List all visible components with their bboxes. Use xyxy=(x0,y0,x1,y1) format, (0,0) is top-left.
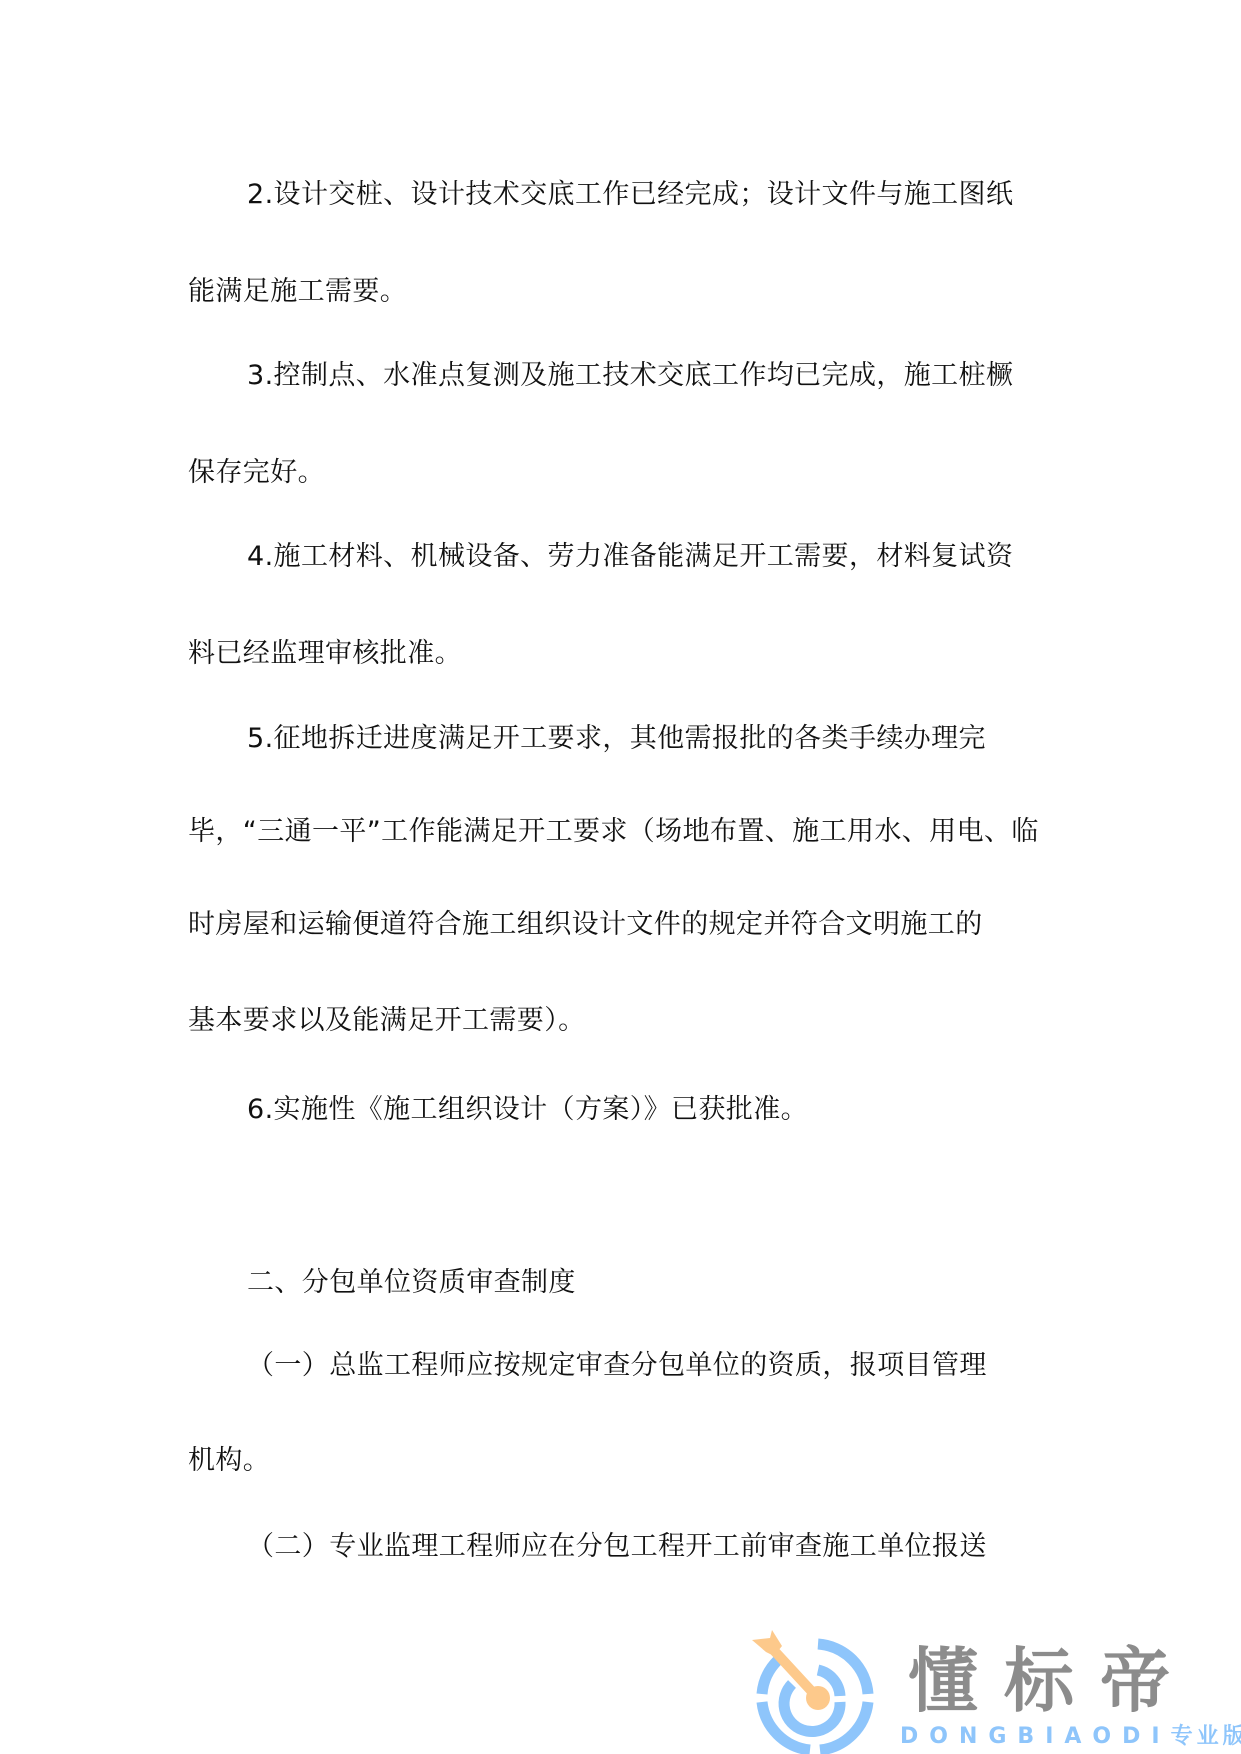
watermark-logo: 懂标帝 DONGBIAODI专业版 xyxy=(748,1630,1218,1754)
paragraph-line: 3.控制点、水准点复测及施工技术交底工作均已完成，施工桩橛 xyxy=(247,358,1127,394)
paragraph-line: 保存完好。 xyxy=(188,455,1068,491)
paragraph-line: 4.施工材料、机械设备、劳力准备能满足开工需要，材料复试资 xyxy=(247,539,1127,575)
target-arrow-icon xyxy=(748,1630,878,1754)
section-heading: 二、分包单位资质审查制度 xyxy=(247,1265,1127,1301)
paragraph-line: （二）专业监理工程师应在分包工程开工前审查施工单位报送 xyxy=(247,1529,1127,1565)
paragraph-line: 2.设计交桩、设计技术交底工作已经完成；设计文件与施工图纸 xyxy=(247,177,1127,213)
paragraph-line: 料已经监理审核批准。 xyxy=(188,636,1068,672)
paragraph-line: 时房屋和运输便道符合施工组织设计文件的规定并符合文明施工的 xyxy=(188,907,1068,943)
paragraph-line: 5.征地拆迁进度满足开工要求，其他需报批的各类手续办理完 xyxy=(247,721,1127,757)
paragraph-line: 6.实施性《施工组织设计（方案）》已获批准。 xyxy=(247,1092,1127,1128)
edition-label: 专业版 xyxy=(1171,1724,1241,1749)
brand-name-cn: 懂标帝 xyxy=(908,1644,1196,1718)
document-page: 2.设计交桩、设计技术交底工作已经完成；设计文件与施工图纸 能满足施工需要。 3… xyxy=(0,0,1241,1754)
paragraph-line: 机构。 xyxy=(188,1443,1068,1479)
paragraph-line: （一）总监工程师应按规定审查分包单位的资质，报项目管理 xyxy=(247,1348,1127,1384)
paragraph-line: 毕，“三通一平”工作能满足开工要求（场地布置、施工用水、用电、临 xyxy=(188,814,1068,850)
paragraph-line: 基本要求以及能满足开工需要）。 xyxy=(188,1003,1068,1039)
paragraph-line: 能满足施工需要。 xyxy=(188,274,1068,310)
brand-name-en: DONGBIAODI专业版 xyxy=(900,1724,1241,1750)
brand-name-latin: DONGBIAODI xyxy=(900,1724,1171,1749)
